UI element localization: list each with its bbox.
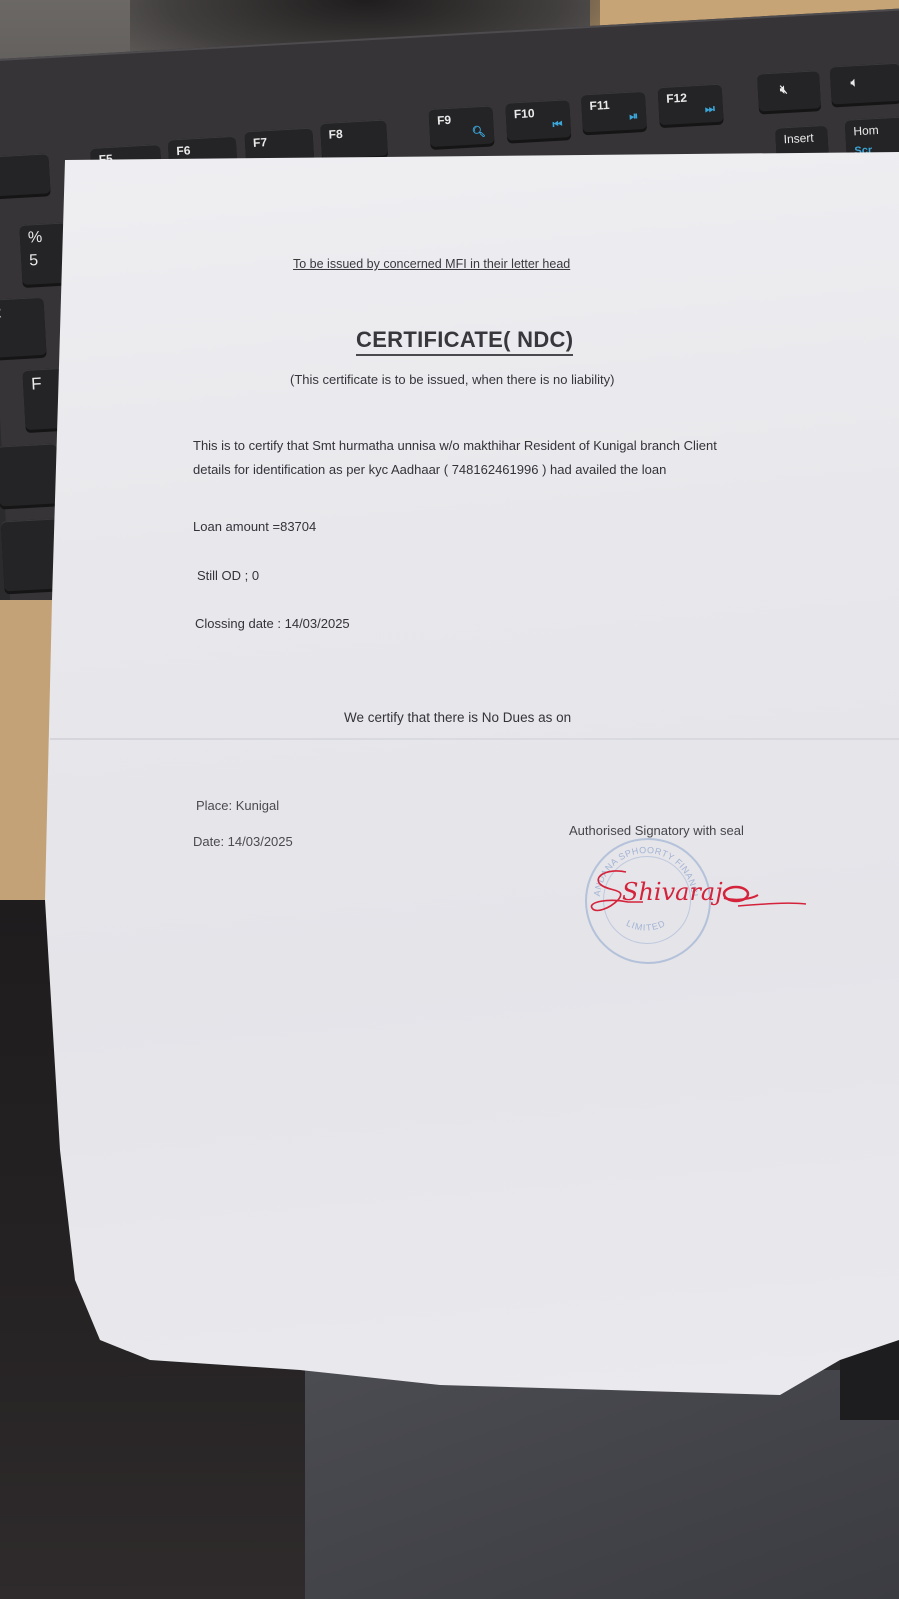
signature: Shivaraj: [588, 862, 808, 922]
key-label: F9: [437, 113, 452, 128]
key-label: F: [31, 374, 42, 395]
key-label: Hom: [853, 123, 879, 138]
key-label: F12: [666, 91, 687, 106]
search-icon: 🔍︎: [471, 125, 486, 139]
key-label: F10: [513, 106, 534, 121]
loan-amount: Loan amount =83704: [193, 519, 316, 534]
key-label: R: [0, 304, 2, 323]
paper-fold-line: [50, 738, 899, 740]
header-note: To be issued by concerned MFI in their l…: [293, 257, 570, 271]
key-label: F6: [176, 143, 191, 158]
no-dues-statement: We certify that there is No Dues as on: [344, 710, 571, 725]
key-partial: [0, 153, 51, 196]
key-f11: F11⏯︎: [581, 91, 647, 133]
key-mute: 🔇︎: [757, 70, 821, 111]
previous-track-icon: ⏮︎: [552, 119, 563, 133]
mute-icon: 🔇︎: [779, 82, 787, 97]
key-volume: 🔈︎: [830, 63, 899, 105]
key-label: F8: [328, 127, 343, 142]
signatory-label: Authorised Signatory with seal: [569, 823, 744, 838]
certify-body-line-2: details for identification as per kyc Aa…: [193, 462, 666, 477]
issue-date: Date: 14/03/2025: [193, 834, 293, 849]
key-label: F11: [589, 98, 610, 113]
next-track-icon: ⏭︎: [705, 103, 716, 117]
still-od: Still OD ; 0: [197, 568, 259, 583]
key-label: 5: [29, 252, 39, 270]
certificate-title: CERTIFICATE( NDC): [356, 327, 573, 356]
svg-text:Shivaraj: Shivaraj: [622, 878, 723, 906]
place: Place: Kunigal: [196, 798, 279, 813]
key-label: Insert: [783, 131, 814, 147]
key-f8: F8: [320, 119, 388, 159]
key-f10: F10⏮︎: [505, 99, 571, 141]
key-f9: F9🔍︎: [428, 105, 494, 147]
certificate-subtitle: (This certificate is to be issued, when …: [290, 372, 614, 387]
lap-grey-trousers: [305, 1370, 899, 1599]
certify-body-line-1: This is to certify that Smt hurmatha unn…: [193, 438, 717, 453]
key-label: F7: [253, 135, 268, 150]
volume-icon: 🔈︎: [850, 75, 858, 90]
key-r: R: [0, 297, 47, 358]
play-pause-icon: ⏯︎: [629, 110, 639, 123]
key-f12: F12⏭︎: [658, 84, 724, 126]
closing-date: Clossing date : 14/03/2025: [195, 616, 350, 631]
key-label: %: [28, 229, 43, 248]
key-partial: [0, 443, 60, 506]
